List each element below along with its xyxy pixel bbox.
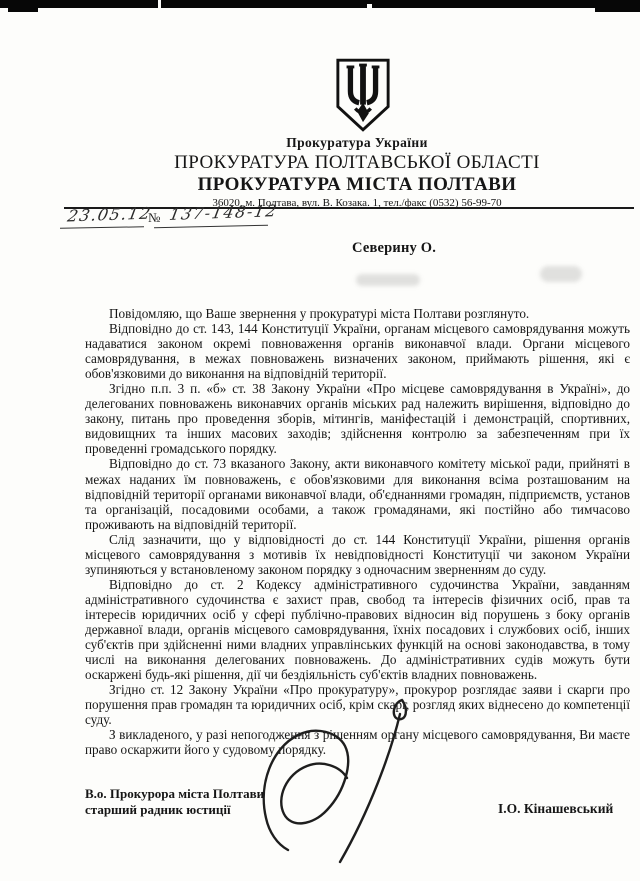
- scan-smudge: [356, 274, 420, 286]
- body-paragraph: Слід зазначити, що у відповідності до ст…: [85, 532, 630, 577]
- scan-artifact-corner: [595, 0, 640, 12]
- org-name-country: Прокуратура України: [74, 135, 640, 151]
- scan-smudge: [540, 266, 582, 282]
- handwritten-document-number: 137-148-12: [168, 201, 279, 224]
- handwritten-date: 23.05.12: [66, 204, 153, 226]
- number-underline: [154, 225, 268, 229]
- ukraine-trident-icon: [334, 58, 392, 132]
- body-paragraph: Повідомляю, що Ваше звернення у прокурат…: [85, 306, 630, 321]
- scan-artifact-notch: [158, 0, 161, 8]
- body-paragraph: Відповідно до ст. 2 Кодексу адміністрати…: [85, 577, 630, 682]
- signer-position-line2: старший радник юстиції: [85, 802, 231, 818]
- document-number-label: №: [148, 210, 160, 226]
- body-paragraph: Згідно п.п. 3 п. «б» ст. 38 Закону Украї…: [85, 381, 630, 456]
- letter-page: Прокуратура України ПРОКУРАТУРА ПОЛТАВСЬ…: [0, 0, 640, 881]
- letterhead: Прокуратура України ПРОКУРАТУРА ПОЛТАВСЬ…: [74, 58, 640, 209]
- addressee-name: Северину О.: [352, 240, 436, 257]
- scan-artifact-top-bar: [0, 0, 640, 8]
- scan-artifact-notch: [367, 4, 372, 8]
- signer-position-line1: В.о. Прокурора міста Полтави: [85, 786, 264, 802]
- handwritten-signature: [250, 690, 430, 868]
- signer-name: І.О. Кінашевський: [498, 801, 613, 817]
- org-name-region: ПРОКУРАТУРА ПОЛТАВСЬКОЇ ОБЛАСТІ: [74, 152, 640, 174]
- scan-artifact-bump: [8, 8, 38, 12]
- body-paragraph: Відповідно до ст. 73 вказаного Закону, а…: [85, 456, 630, 531]
- org-name-city: ПРОКУРАТУРА МІСТА ПОЛТАВИ: [74, 174, 640, 196]
- body-paragraph: Відповідно до ст. 143, 144 Конституції У…: [85, 321, 630, 381]
- date-underline: [60, 226, 144, 228]
